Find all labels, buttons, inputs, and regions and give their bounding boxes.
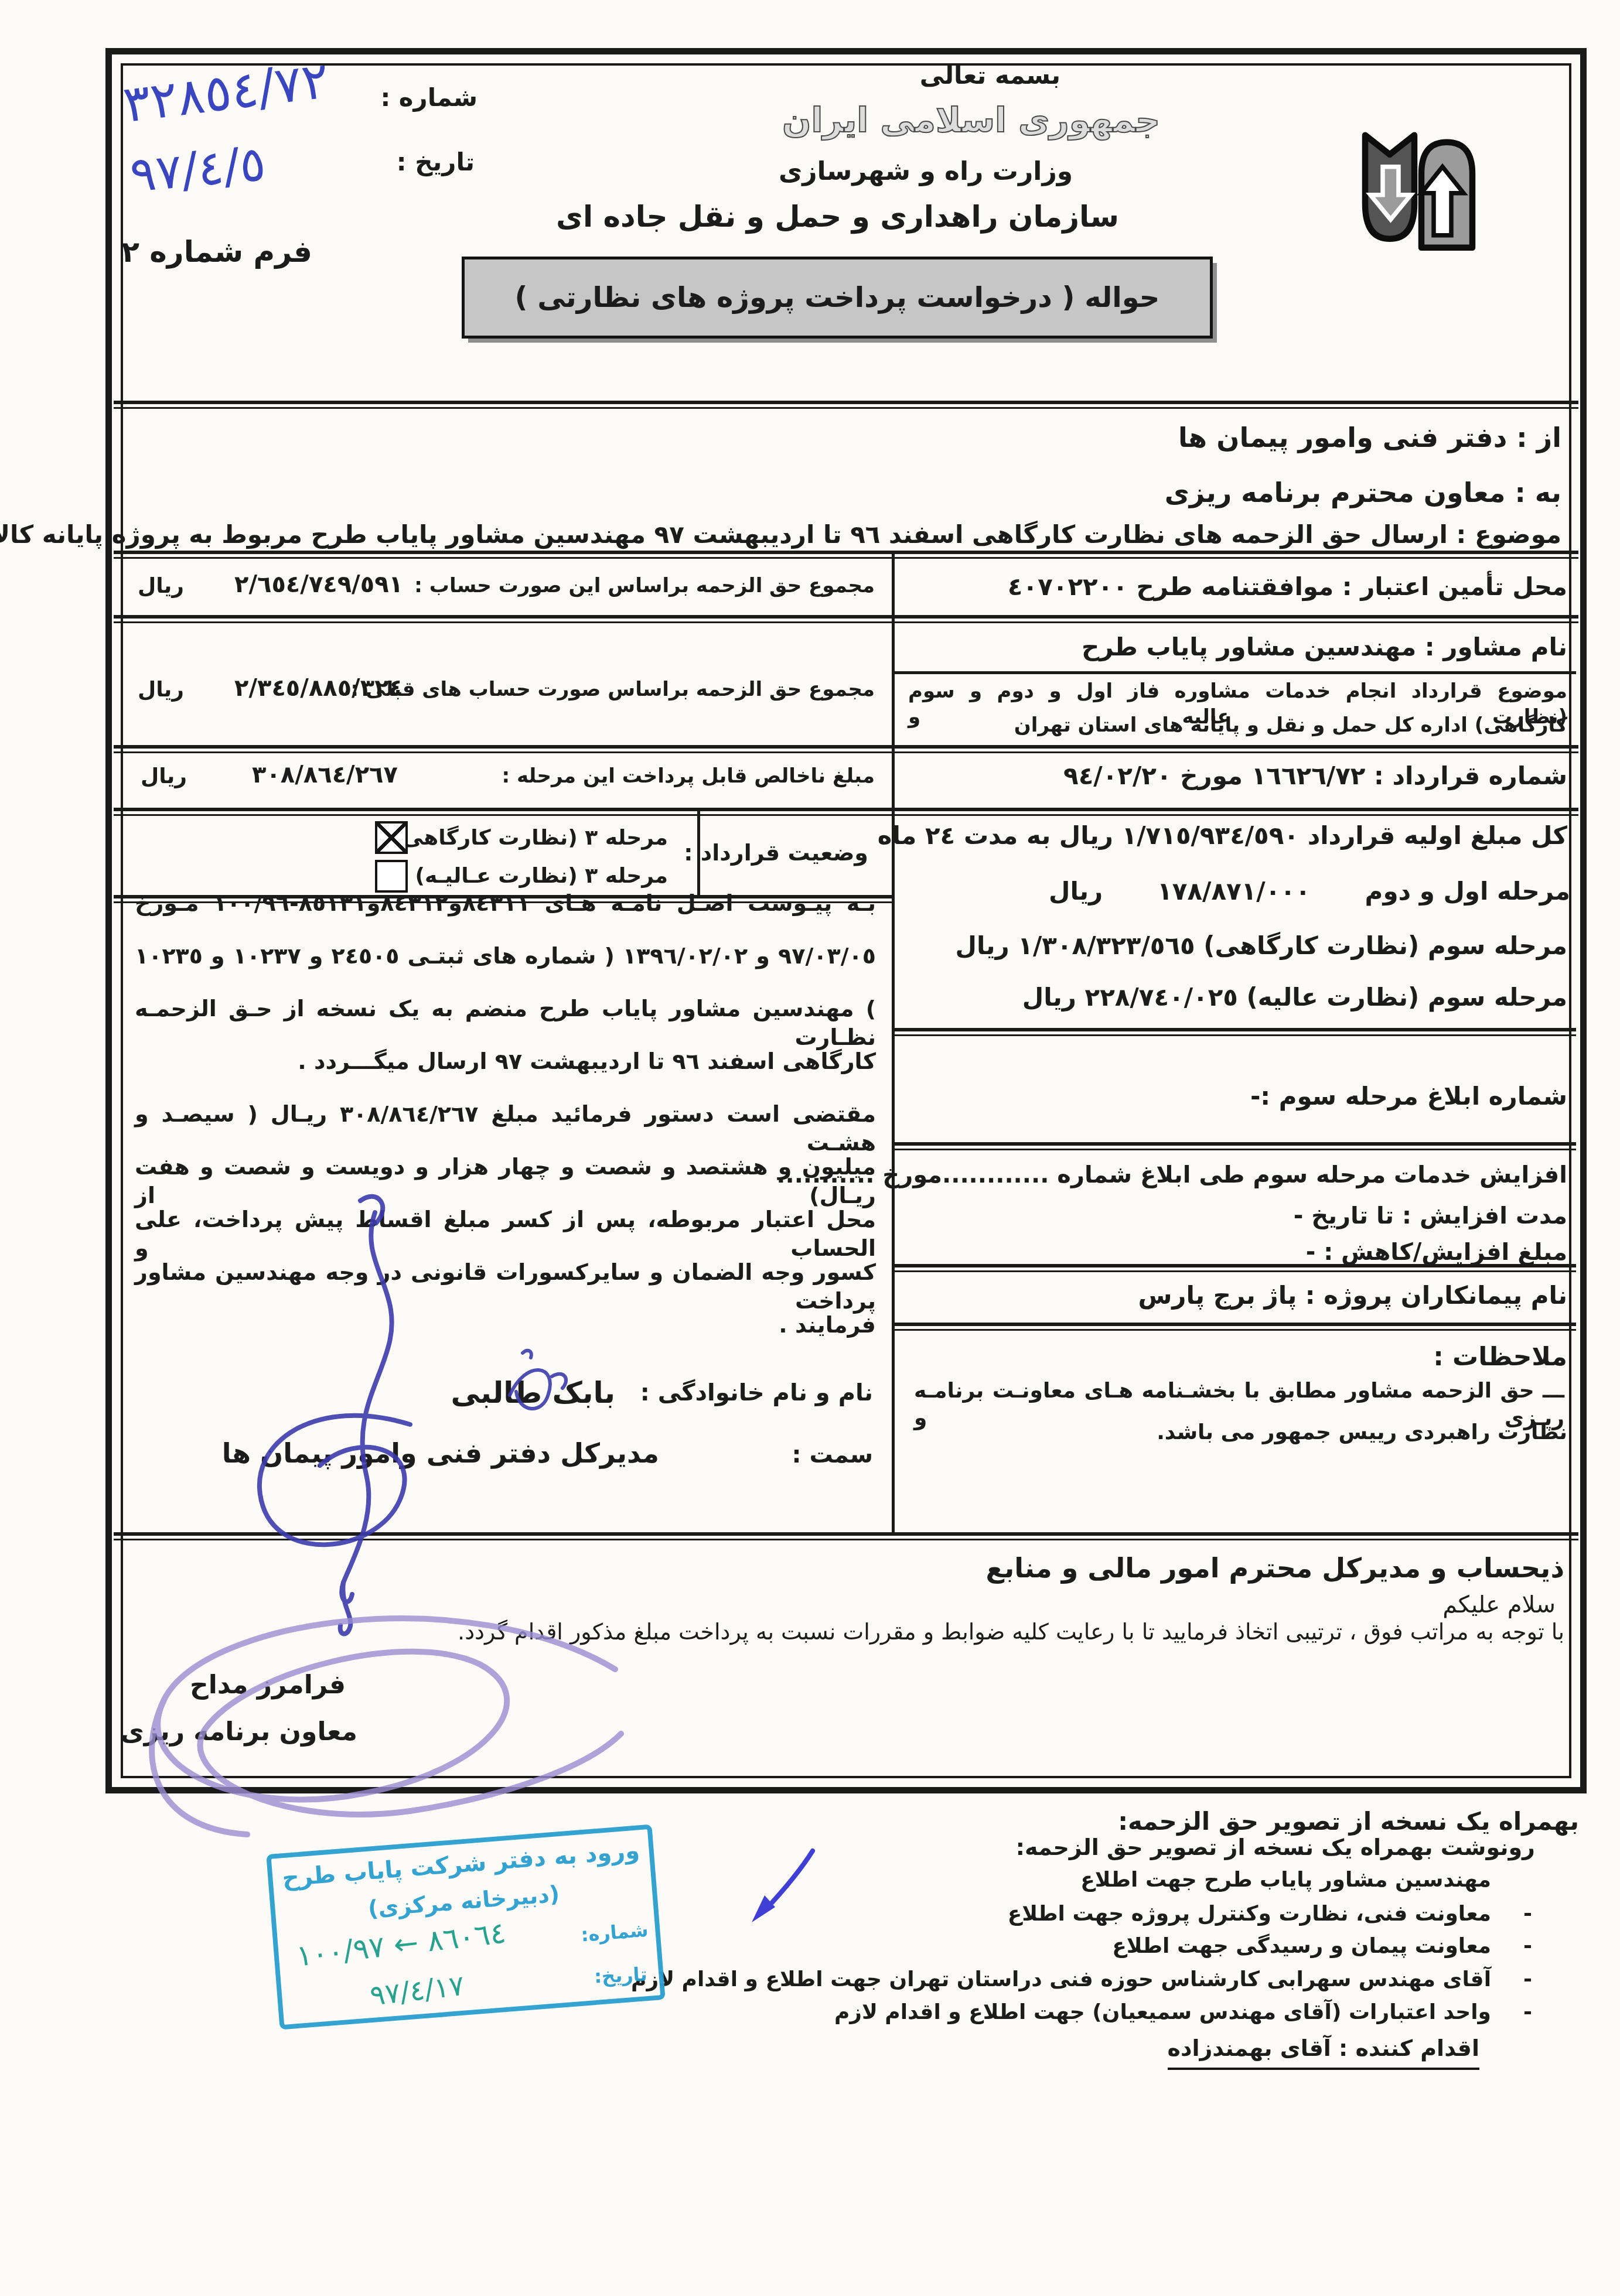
ref-date-label: تاریخ :: [397, 146, 475, 179]
stamp-number-label: شماره:: [580, 1919, 649, 1946]
cc-item-dash: -: [1523, 1901, 1532, 1928]
cc-item: آقای مهندس سهرابی کارشناس حوزه فنی دراست…: [631, 1966, 1491, 1994]
remarks-label: ملاحظات :: [1433, 1340, 1567, 1373]
action-by: اقدام کننده : آقای بهمندزاده: [1168, 2034, 1479, 2070]
divider-line: [114, 615, 1578, 623]
gross-payable-unit: ریال: [141, 763, 187, 791]
remarks-line2: نظارت راهبردی رییس جمهور می باشد.: [1157, 1419, 1567, 1447]
cc-item-dash: -: [1523, 1999, 1532, 2027]
cc-item: معاونت پیمان و رسیدگی جهت اطلاع: [1112, 1933, 1491, 1960]
divider-line: [895, 1142, 1576, 1150]
fullname-label: نام و نام خانوادگی :: [640, 1378, 873, 1408]
divider-line: [892, 551, 895, 1535]
increase-notice: افزایش خدمات مرحله سوم طی ابلاغ شماره ..…: [776, 1160, 1567, 1190]
fee-total-current-label: مجموع حق الزحمه براساس این صورت حساب :: [414, 573, 875, 599]
stamp-date-handwritten: ٩٧/٤/١٧: [369, 1969, 466, 2013]
stage12-row: مرحله اول و دوم ١٧٨/٨٧١/٠٠٠ ریال: [1049, 876, 1570, 908]
letter-to: به : معاون محترم برنامه ریزی: [1165, 476, 1561, 511]
copy-note: رونوشت بهمراه یک نسخه از تصویر حق الزحمه…: [1016, 1833, 1535, 1862]
credit-source-cell: محل تأمین اعتبار : موافقتنامه طرح ٤٠٧٠٢٢…: [1008, 571, 1567, 603]
status-option-high: مرحله ٣ (نظارت عـالیـه): [415, 863, 668, 890]
divider-line: [114, 551, 1578, 559]
cc-item-dash: -: [1523, 1966, 1532, 1994]
stage12-amount: ١٧٨/٨٧١/٠٠٠: [1157, 876, 1310, 908]
organization-logo-icon: [1348, 121, 1488, 261]
ministry-title: وزارت راه و شهرسازی: [762, 155, 1090, 188]
fee-total-current-unit: ریال: [138, 573, 184, 600]
divider-line: [114, 401, 1578, 409]
form-number: فرم شماره ٢: [121, 233, 312, 271]
divider-line: [114, 808, 1578, 816]
request-paragraph-line: ) مهندسین مشاور پایاب طرح منضم به یک نسخ…: [135, 995, 876, 1047]
increase-duration: مدت افزایش : تا تاریخ -: [1294, 1201, 1567, 1231]
stamp-date-label: تاریخ:: [594, 1963, 647, 1988]
stage3-notice-number: شماره ابلاغ مرحله سوم :-: [1250, 1081, 1567, 1113]
divider-line: [114, 745, 1578, 753]
gross-payable-label: مبلغ ناخالص قابل پرداخت این مرحله :: [502, 763, 875, 789]
fee-total-previous-value: ٢/٣٤٥/٨٨٥/٣٢٤: [234, 673, 403, 703]
finance-heading: ذیحساب و مدیرکل محترم امور مالی و منابع: [986, 1551, 1564, 1586]
cc-item: مهندسین مشاور پایاب طرح جهت اطلاع: [1080, 1867, 1491, 1894]
position-label: سمت :: [792, 1440, 873, 1470]
payment-request-title-box: حواله ( درخواست پرداخت پروژه های نظارتی …: [462, 257, 1213, 339]
request-paragraph-line: ٩٧/٠٣/٠٥ و ١٣٩٦/٠٢/٠٢ ( شماره های ثبتـی …: [135, 942, 876, 995]
annotation-arrow-icon: [741, 1845, 823, 1933]
cc-item: واحد اعتبارات (آقای مهندس سمیعیان) جهت ا…: [834, 1999, 1491, 2027]
letter-from: از : دفتر فنی وامور پیمان ها: [1178, 421, 1561, 456]
divider-line: [895, 671, 1576, 674]
country-title: جمهوری اسلامی ایران: [809, 98, 1160, 142]
finance-salam: سلام علیکم: [1442, 1590, 1556, 1620]
project-contractors: نام پیمانکاران پروژه : پاژ برج پارس: [1138, 1280, 1567, 1312]
bismillah: بسمه تعالی: [855, 60, 1125, 92]
increase-amount: مبلغ افزایش/کاهش : -: [1306, 1237, 1567, 1267]
maddah-signature: [88, 1581, 674, 1863]
ref-number-handwritten: ٣٢٨٥٤/٧٢: [120, 51, 332, 134]
stage12-unit: ریال: [1049, 876, 1103, 908]
initial-contract-total: کل مبلغ اولیه قرارداد ١/٧١٥/٩٣٤/٥٩٠ ریال…: [878, 820, 1567, 852]
divider-line: [895, 1323, 1576, 1331]
contract-subject-line2: کارگاهی) اداره کل حمل و نقل و پایانه های…: [1014, 712, 1567, 738]
stage3-high-amount: مرحله سوم (نظارت عالیه) ٢٢٨/٧٤٠/٠٢٥ ریال: [1022, 982, 1567, 1014]
contract-number-cell: شماره قرارداد : ١٦٦٢٦/٧٢ مورخ ٩٤/٠٢/٢٠: [1063, 760, 1567, 792]
checkbox-stage3-site-checked[interactable]: [375, 821, 408, 854]
fee-total-previous-unit: ریال: [138, 676, 184, 704]
organization-title: سازمان راهداری و حمل و نقل جاده ای: [603, 198, 1119, 236]
contract-status-label: وضعیت قرارداد :: [684, 839, 868, 867]
letter-subject: موضوع : ارسال حق الزحمه های نظارت کارگاه…: [0, 519, 1561, 551]
fee-total-previous-label: مجموع حق الزحمه براساس صورت حساب های قبل…: [351, 676, 875, 702]
payment-request-title: حواله ( درخواست پرداخت پروژه های نظارتی …: [515, 279, 1160, 316]
divider-line: [895, 1028, 1576, 1036]
fee-total-current-value: ٢/٦٥٤/٧٤٩/٥٩١: [234, 569, 403, 600]
ref-number-label: شماره :: [380, 82, 478, 114]
gross-payable-value: ٣٠٨/٨٦٤/٢٦٧: [252, 760, 398, 790]
stage12-label: مرحله اول و دوم: [1365, 876, 1570, 908]
cc-item-dash: -: [1523, 1933, 1532, 1960]
status-option-site: مرحله ٣ (نظارت کارگاهی): [393, 825, 668, 852]
checkbox-stage3-high-empty[interactable]: [375, 860, 408, 893]
consultant-name-cell: نام مشاور : مهندسین مشاور پایاب طرح: [1082, 631, 1567, 664]
talebi-initials: [492, 1341, 586, 1429]
cc-item: معاونت فنی، نظارت وکنترل پروژه جهت اطلاع: [1008, 1901, 1491, 1928]
ref-date-handwritten: ٩٧/٤/٥: [128, 136, 268, 203]
entry-stamp: ورود به دفتر شرکت پایاب طرح (دبیرخانه مر…: [266, 1824, 666, 2030]
request-paragraph-line: بـه پیـوست اصـل نامـه هـای ٨٤٣١١و٨٤٣١٢و٨…: [135, 889, 876, 942]
scanned-form-page: شماره : ٣٢٨٥٤/٧٢ تاریخ : ٩٧/٤/٥ فرم شمار…: [0, 0, 1620, 2296]
request-paragraph-line: کارگاهی اسفند ٩٦ تا اردیبهشت ٩٧ ارسال می…: [135, 1047, 876, 1100]
stage3-site-amount: مرحله سوم (نظارت کارگاهی) ١/٣٠٨/٣٢٣/٥٦٥ …: [955, 930, 1567, 962]
request-paragraph-line: مقتضی است دستور فرمائید مبلغ ٣٠٨/٨٦٤/٢٦٧…: [135, 1100, 876, 1153]
